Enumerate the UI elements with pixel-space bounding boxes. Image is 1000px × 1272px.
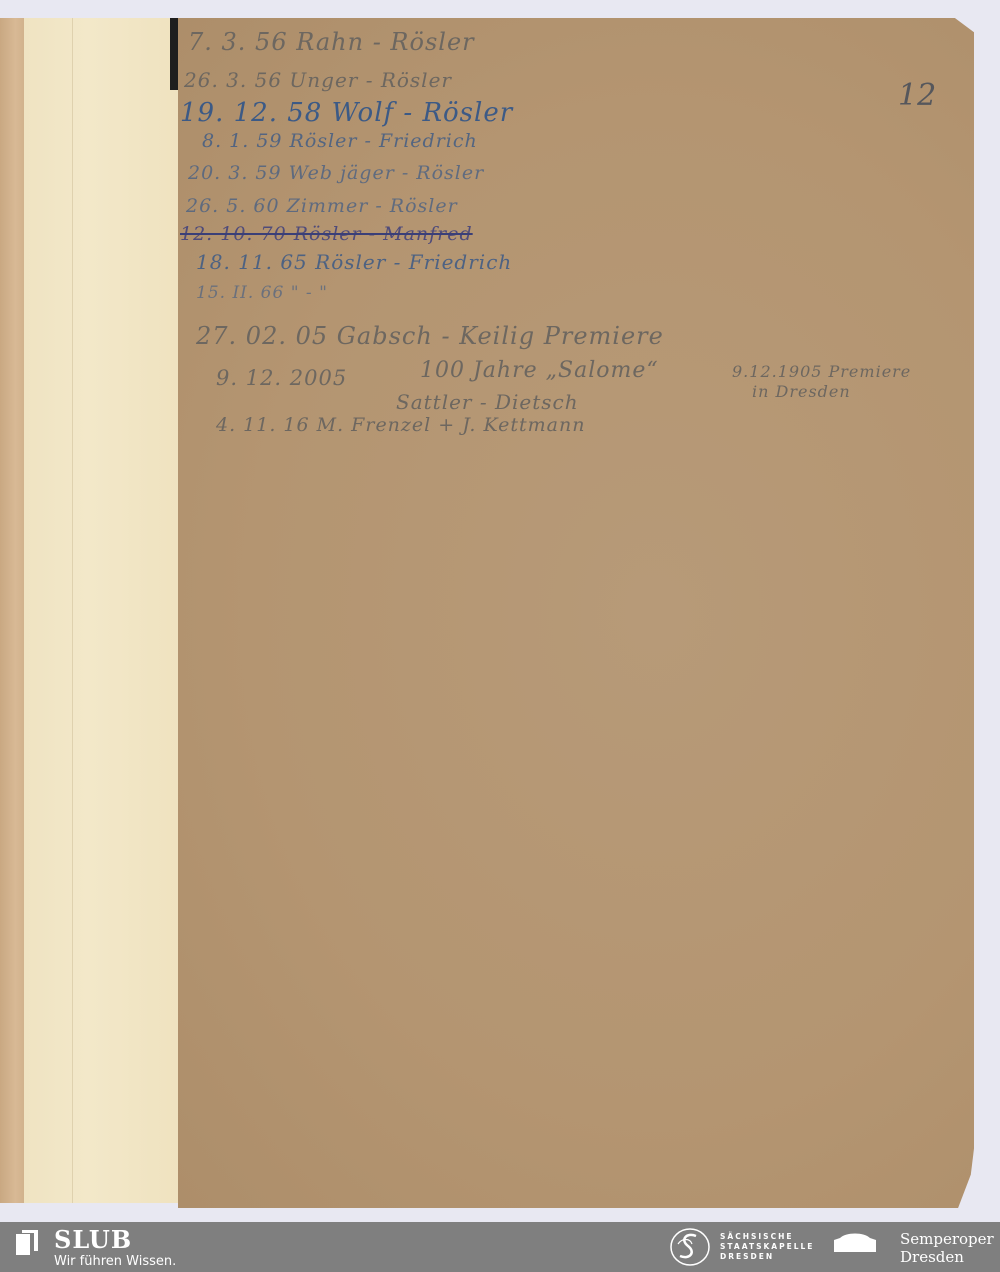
entry-11-note-2: in Dresden <box>752 382 851 401</box>
black-edge-tab <box>170 18 178 90</box>
entry-1: 7. 3. 56 Rahn - Rösler <box>188 28 475 56</box>
entry-11-date: 9. 12. 2005 <box>216 366 347 390</box>
slub-book-icon <box>14 1228 40 1256</box>
slub-name: SLUB <box>54 1225 132 1254</box>
entry-11-note-1: 9.12.1905 Premiere <box>732 362 911 381</box>
entry-2: 26. 3. 56 Unger - Rösler <box>184 68 452 92</box>
page-number: 12 <box>898 78 936 113</box>
semperoper-building-icon <box>832 1230 878 1252</box>
slub-tagline: Wir führen Wissen. <box>54 1254 176 1269</box>
staatskapelle-line-3: DRESDEN <box>720 1252 814 1262</box>
footer-bar: SLUB Wir führen Wissen. SÄCHSISCHE STAAT… <box>0 1222 1000 1272</box>
entry-4: 8. 1. 59 Rösler - Friedrich <box>202 130 478 152</box>
semperoper-wordmark: Semperoper Dresden <box>900 1230 994 1266</box>
binding-strip <box>24 18 182 1203</box>
binding-fold <box>72 18 73 1203</box>
staatskapelle-line-2: STAATSKAPELLE <box>720 1242 814 1252</box>
entry-12: 4. 11. 16 M. Frenzel + J. Kettmann <box>216 414 586 436</box>
entry-3: 19. 12. 58 Wolf - Rösler <box>180 98 513 128</box>
entry-7-struck: 12. 10. 70 Rösler - Manfred <box>180 223 473 245</box>
entry-6: 26. 5. 60 Zimmer - Rösler <box>186 195 458 217</box>
entry-8: 18. 11. 65 Rösler - Friedrich <box>196 250 512 274</box>
entry-11-cast: Sattler - Dietsch <box>396 390 579 414</box>
left-page-edge <box>0 18 26 1203</box>
entry-5: 20. 3. 59 Web jäger - Rösler <box>188 162 484 184</box>
semperoper-line-2: Dresden <box>900 1248 994 1266</box>
entry-11-title: 100 Jahre „Salome“ <box>420 358 659 383</box>
semperoper-line-1: Semperoper <box>900 1230 994 1248</box>
staatskapelle-wordmark: SÄCHSISCHE STAATSKAPELLE DRESDEN <box>720 1232 814 1262</box>
entry-10: 27. 02. 05 Gabsch - Keilig Premiere <box>196 322 664 350</box>
staatskapelle-line-1: SÄCHSISCHE <box>720 1232 814 1242</box>
staatskapelle-monogram-icon <box>668 1226 712 1268</box>
entry-9: 15. II. 66 " - " <box>196 283 328 303</box>
